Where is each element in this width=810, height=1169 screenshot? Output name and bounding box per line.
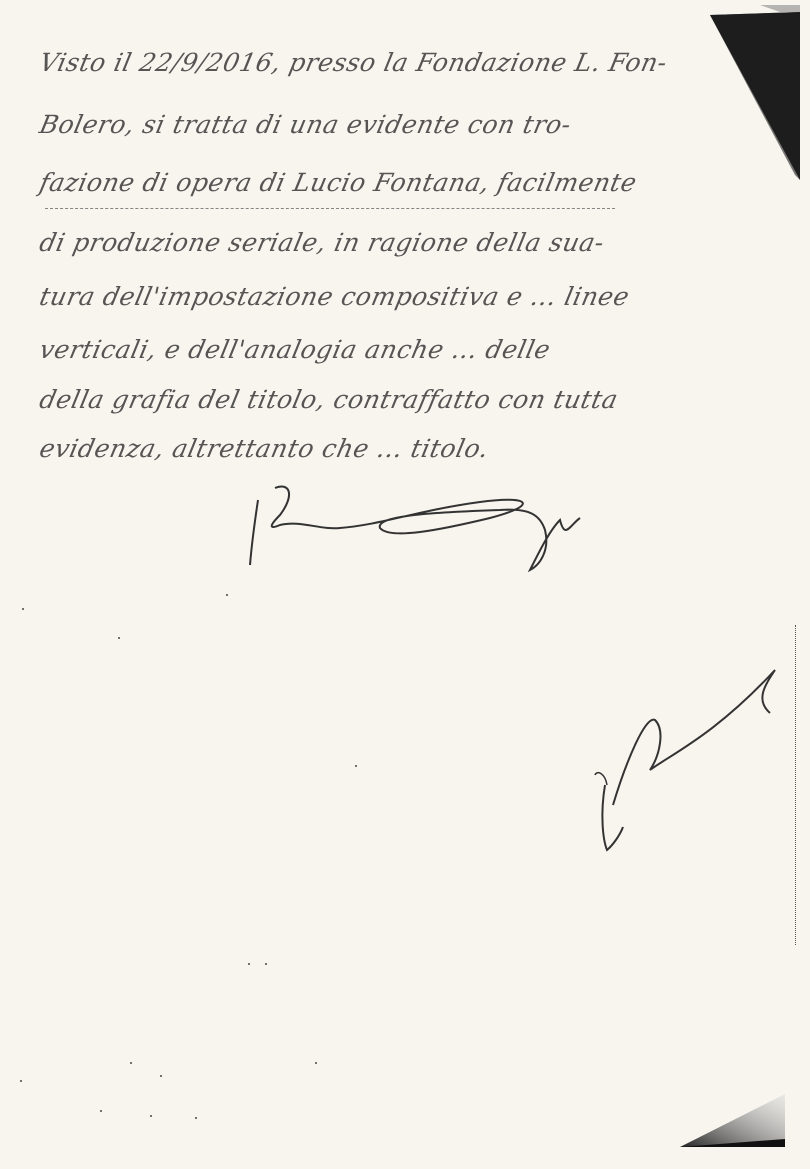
scan-speck — [248, 963, 250, 965]
scan-speck — [130, 1062, 132, 1064]
scan-speck — [195, 1117, 197, 1119]
signature-primary — [240, 470, 660, 580]
handwritten-line-6: verticali, e dell'analogia anche ... del… — [37, 335, 553, 364]
scanned-page: Visto il 22/9/2016, presso la Fondazione… — [0, 0, 810, 1169]
folded-corner-shadow — [700, 0, 810, 190]
handwritten-line-3: fazione di opera di Lucio Fontana, facil… — [37, 168, 640, 197]
scan-speck — [118, 637, 120, 639]
handwritten-line-1: Visto il 22/9/2016, presso la Fondazione… — [37, 48, 670, 77]
underline-mark — [45, 208, 615, 209]
handwritten-line-4: di produzione seriale, in ragione della … — [37, 228, 607, 257]
handwritten-line-8: evidenza, altrettanto che ... titolo. — [37, 434, 492, 463]
signature-initials — [575, 655, 785, 865]
scan-speck — [226, 594, 228, 596]
scan-speck — [22, 608, 24, 610]
handwritten-line-7: della grafia del titolo, contraffatto co… — [37, 385, 621, 414]
scan-speck — [355, 765, 357, 767]
handwritten-line-5: tura dell'impostazione compositiva e ...… — [37, 282, 632, 311]
handwritten-line-2: Bolero, si tratta di una evidente con tr… — [37, 110, 574, 139]
scan-speck — [160, 1075, 162, 1077]
bottom-corner-shadow — [680, 1089, 800, 1149]
scan-speck — [150, 1115, 152, 1117]
scan-speck — [315, 1062, 317, 1064]
scan-speck — [265, 963, 267, 965]
scan-speck — [20, 1080, 22, 1082]
scan-speck — [100, 1110, 102, 1112]
page-edge-line — [795, 625, 796, 945]
